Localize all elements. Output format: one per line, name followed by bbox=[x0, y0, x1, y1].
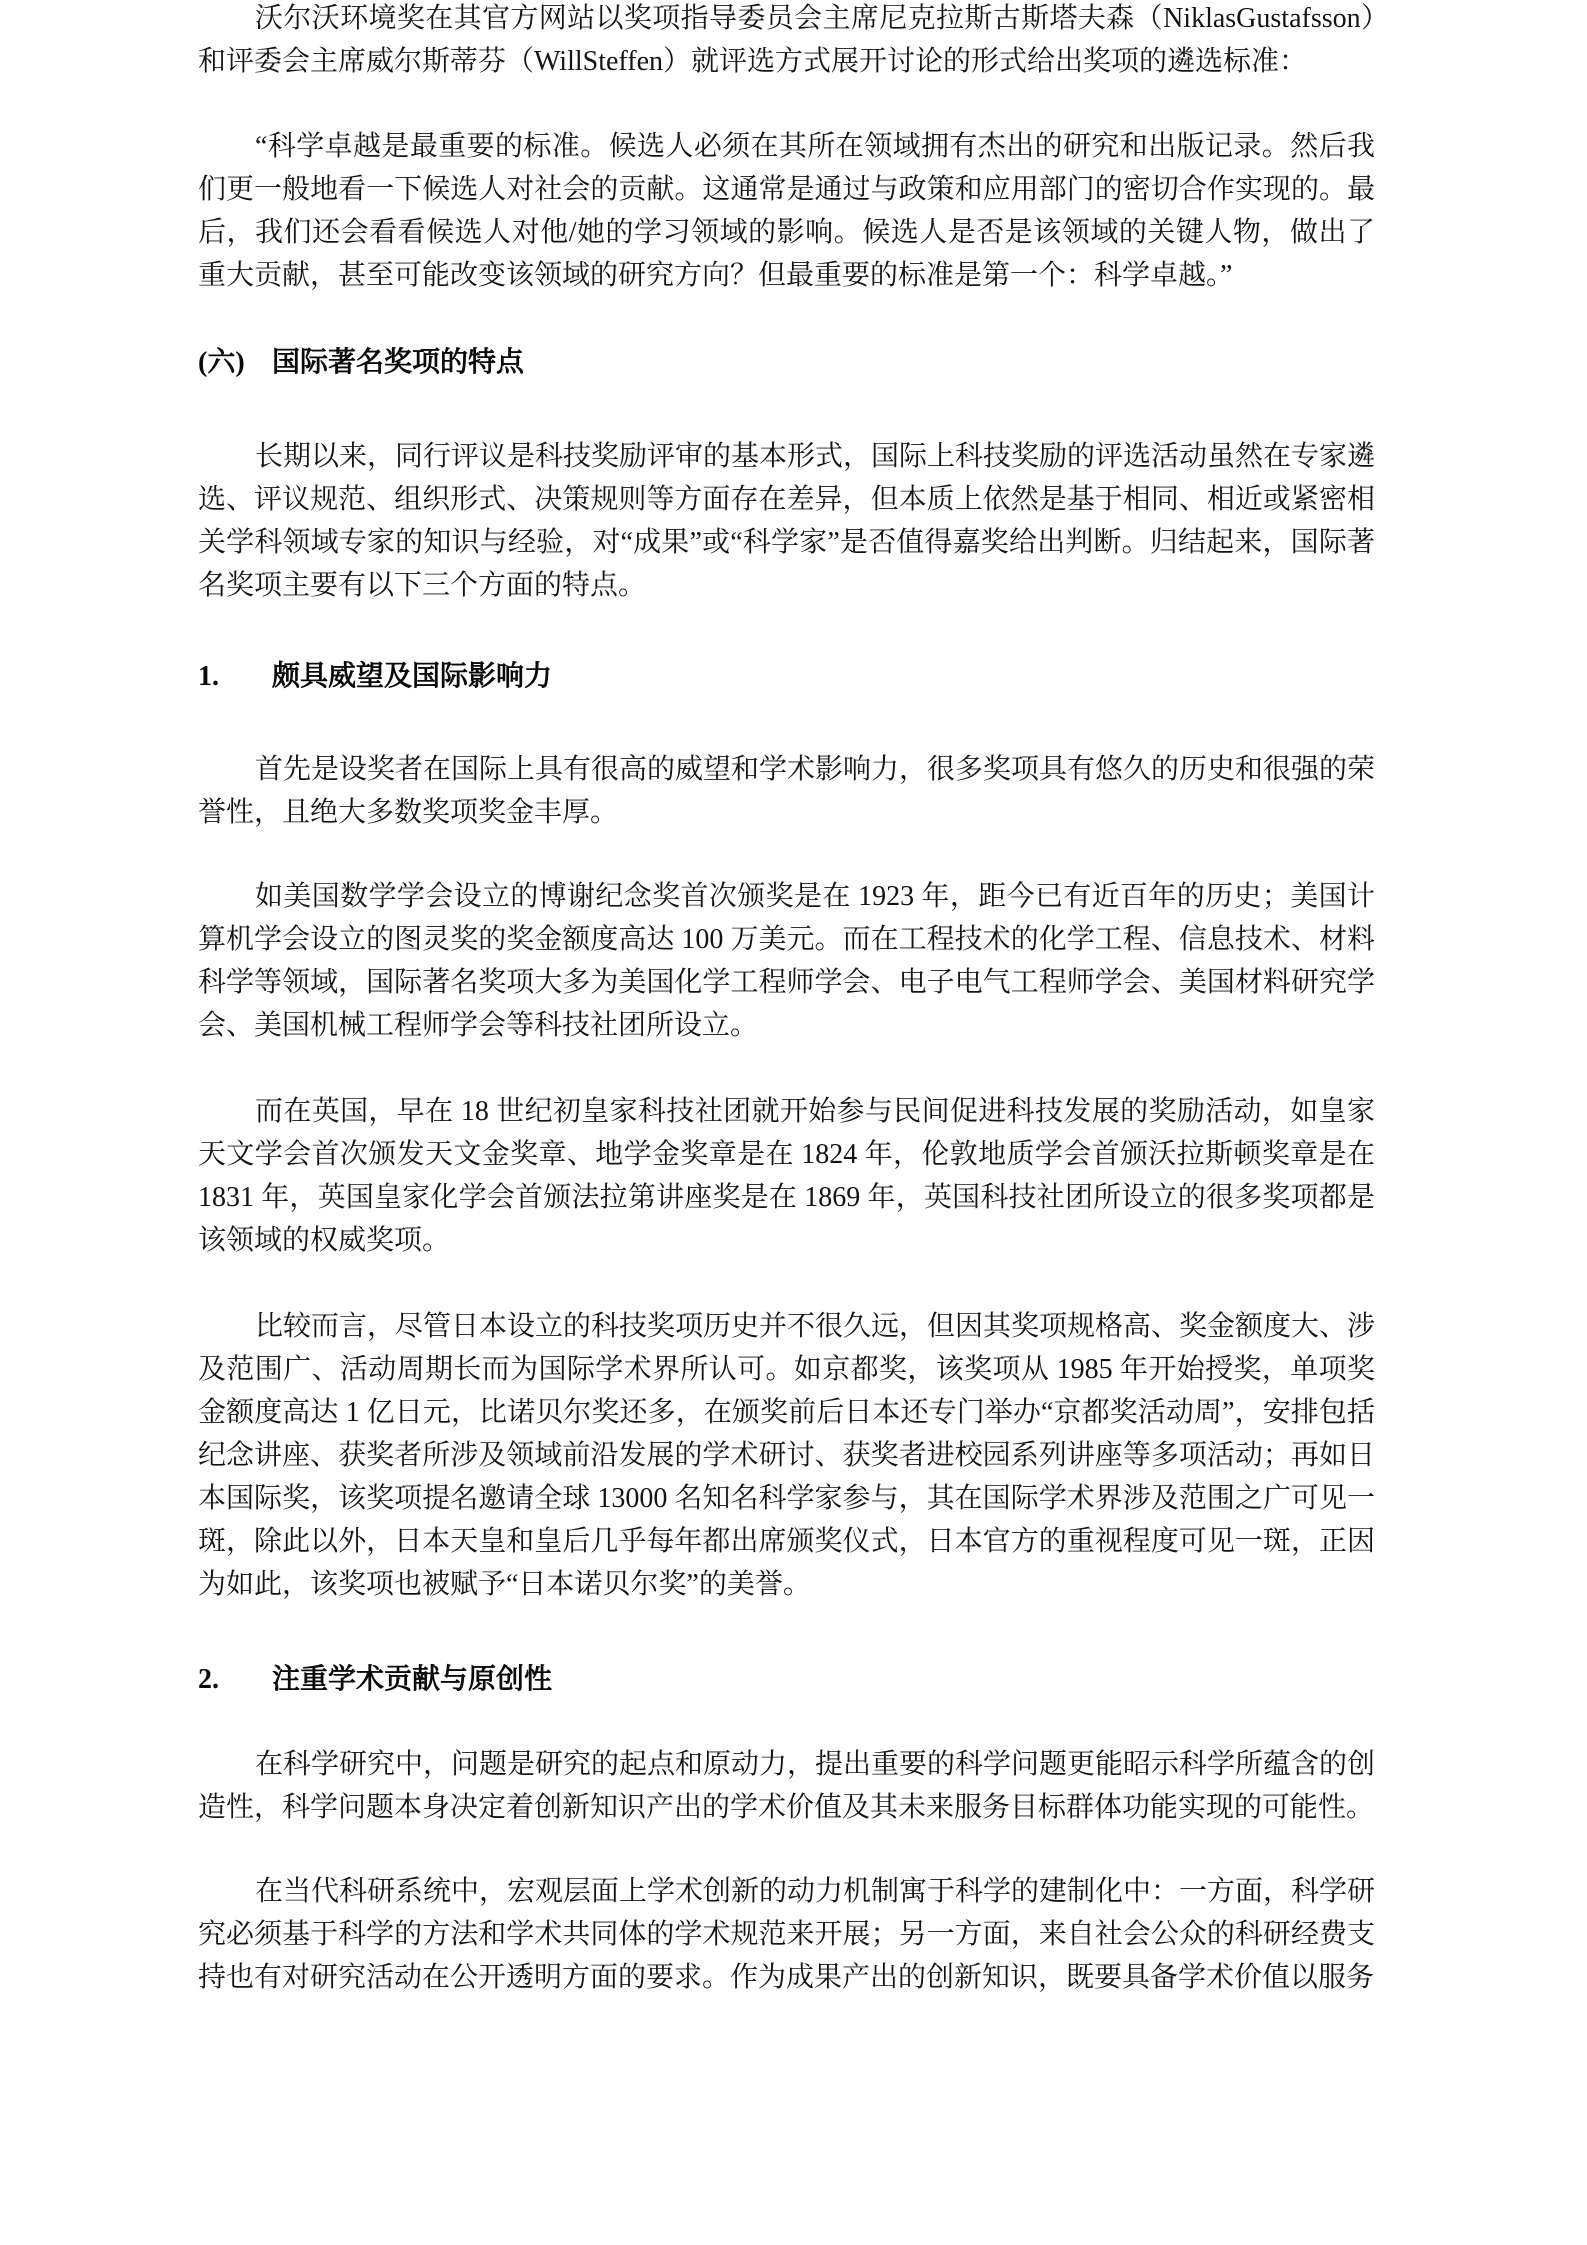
paragraph-prestige-intro: 首先是设奖者在国际上具有很高的威望和学术影响力，很多奖项具有悠久的历史和很强的荣… bbox=[198, 748, 1375, 834]
subsection-heading-1: 1.颇具威望及国际影响力 bbox=[198, 655, 1375, 698]
paragraph-quote-scientific-excellence: “科学卓越是最重要的标准。候选人必须在其所在领域拥有杰出的研究和出版记录。然后我… bbox=[198, 125, 1375, 297]
subsection-heading-title: 注重学术贡献与原创性 bbox=[272, 1664, 552, 1695]
paragraph-uk-awards: 而在英国，早在 18 世纪初皇家科技社团就开始参与民间促进科技发展的奖励活动，如… bbox=[198, 1090, 1375, 1262]
subsection-heading-title: 颇具威望及国际影响力 bbox=[272, 661, 552, 692]
paragraph-volvo-award-criteria-intro: 沃尔沃环境奖在其官方网站以奖项指导委员会主席尼克拉斯古斯塔夫森（NiklasGu… bbox=[198, 0, 1375, 83]
section-heading-number: (六) bbox=[198, 341, 272, 384]
section-heading-title: 国际著名奖项的特点 bbox=[272, 347, 524, 378]
paragraph-institutionalization: 在当代科研系统中，宏观层面上学术创新的动力机制寓于科学的建制化中：一方面，科学研… bbox=[198, 1870, 1375, 1999]
paragraph-us-awards: 如美国数学学会设立的博谢纪念奖首次颁奖是在 1923 年，距今已有近百年的历史；… bbox=[198, 875, 1375, 1047]
subsection-heading-number: 1. bbox=[198, 655, 272, 698]
paragraph-japan-awards: 比较而言，尽管日本设立的科技奖项历史并不很久远，但因其奖项规格高、奖金额度大、涉… bbox=[198, 1305, 1375, 1606]
subsection-heading-number: 2. bbox=[198, 1658, 272, 1701]
subsection-heading-2: 2.注重学术贡献与原创性 bbox=[198, 1658, 1375, 1701]
paragraph-scientific-questions: 在科学研究中，问题是研究的起点和原动力，提出重要的科学问题更能昭示科学所蕴含的创… bbox=[198, 1743, 1375, 1829]
section-heading-6: (六)国际著名奖项的特点 bbox=[198, 341, 1375, 384]
document-page: 沃尔沃环境奖在其官方网站以奖项指导委员会主席尼克拉斯古斯塔夫森（NiklasGu… bbox=[0, 0, 1587, 2245]
paragraph-peer-review-overview: 长期以来，同行评议是科技奖励评审的基本形式，国际上科技奖励的评选活动虽然在专家遴… bbox=[198, 435, 1375, 607]
